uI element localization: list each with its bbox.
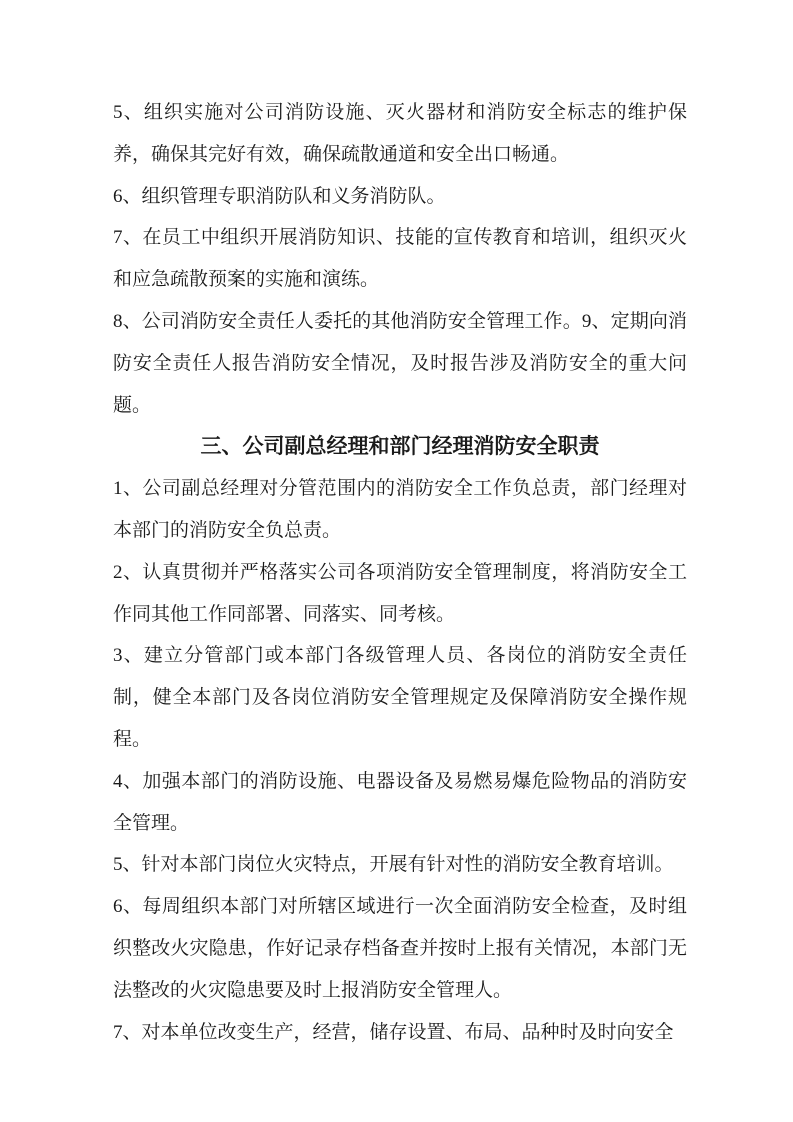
body-paragraph-sec3-item-3: 3、建立分管部门或本部门各级管理人员、各岗位的消防安全责任制，健全本部门及各岗位… xyxy=(113,635,687,760)
body-paragraph-item-8-9: 8、公司消防安全责任人委托的其他消防安全管理工作。9、定期向消防安全责任人报告消… xyxy=(113,301,687,426)
body-paragraph-sec3-item-4: 4、加强本部门的消防设施、电器设备及易燃易爆危险物品的消防安全管理。 xyxy=(113,761,687,845)
body-paragraph-sec3-item-5: 5、针对本部门岗位火灾特点，开展有针对性的消防安全教育培训。 xyxy=(113,844,687,886)
body-paragraph-sec3-item-6: 6、每周组织本部门对所辖区域进行一次全面消防安全检查，及时组织整改火灾隐患，作好… xyxy=(113,886,687,1011)
body-paragraph-sec3-item-7-truncated: 7、对本单位改变生产，经营，储存设置、布局、品种时及时向安全 xyxy=(113,1012,687,1054)
document-page: 5、组织实施对公司消防设施、灭火器材和消防安全标志的维护保养，确保其完好有效，确… xyxy=(0,0,793,1122)
body-paragraph-sec3-item-1: 1、公司副总经理对分管范围内的消防安全工作负总责，部门经理对本部门的消防安全负总… xyxy=(113,468,687,552)
body-paragraph-item-7: 7、在员工中组织开展消防知识、技能的宣传教育和培训，组织灭火和应急疏散预案的实施… xyxy=(113,217,687,301)
section-heading: 三、公司副总经理和部门经理消防安全职责 xyxy=(113,426,687,468)
body-paragraph-item-5: 5、组织实施对公司消防设施、灭火器材和消防安全标志的维护保养，确保其完好有效，确… xyxy=(113,92,687,176)
body-paragraph-sec3-item-2: 2、认真贯彻并严格落实公司各项消防安全管理制度，将消防安全工作同其他工作同部署、… xyxy=(113,552,687,636)
body-paragraph-item-6: 6、组织管理专职消防队和义务消防队。 xyxy=(113,176,687,218)
